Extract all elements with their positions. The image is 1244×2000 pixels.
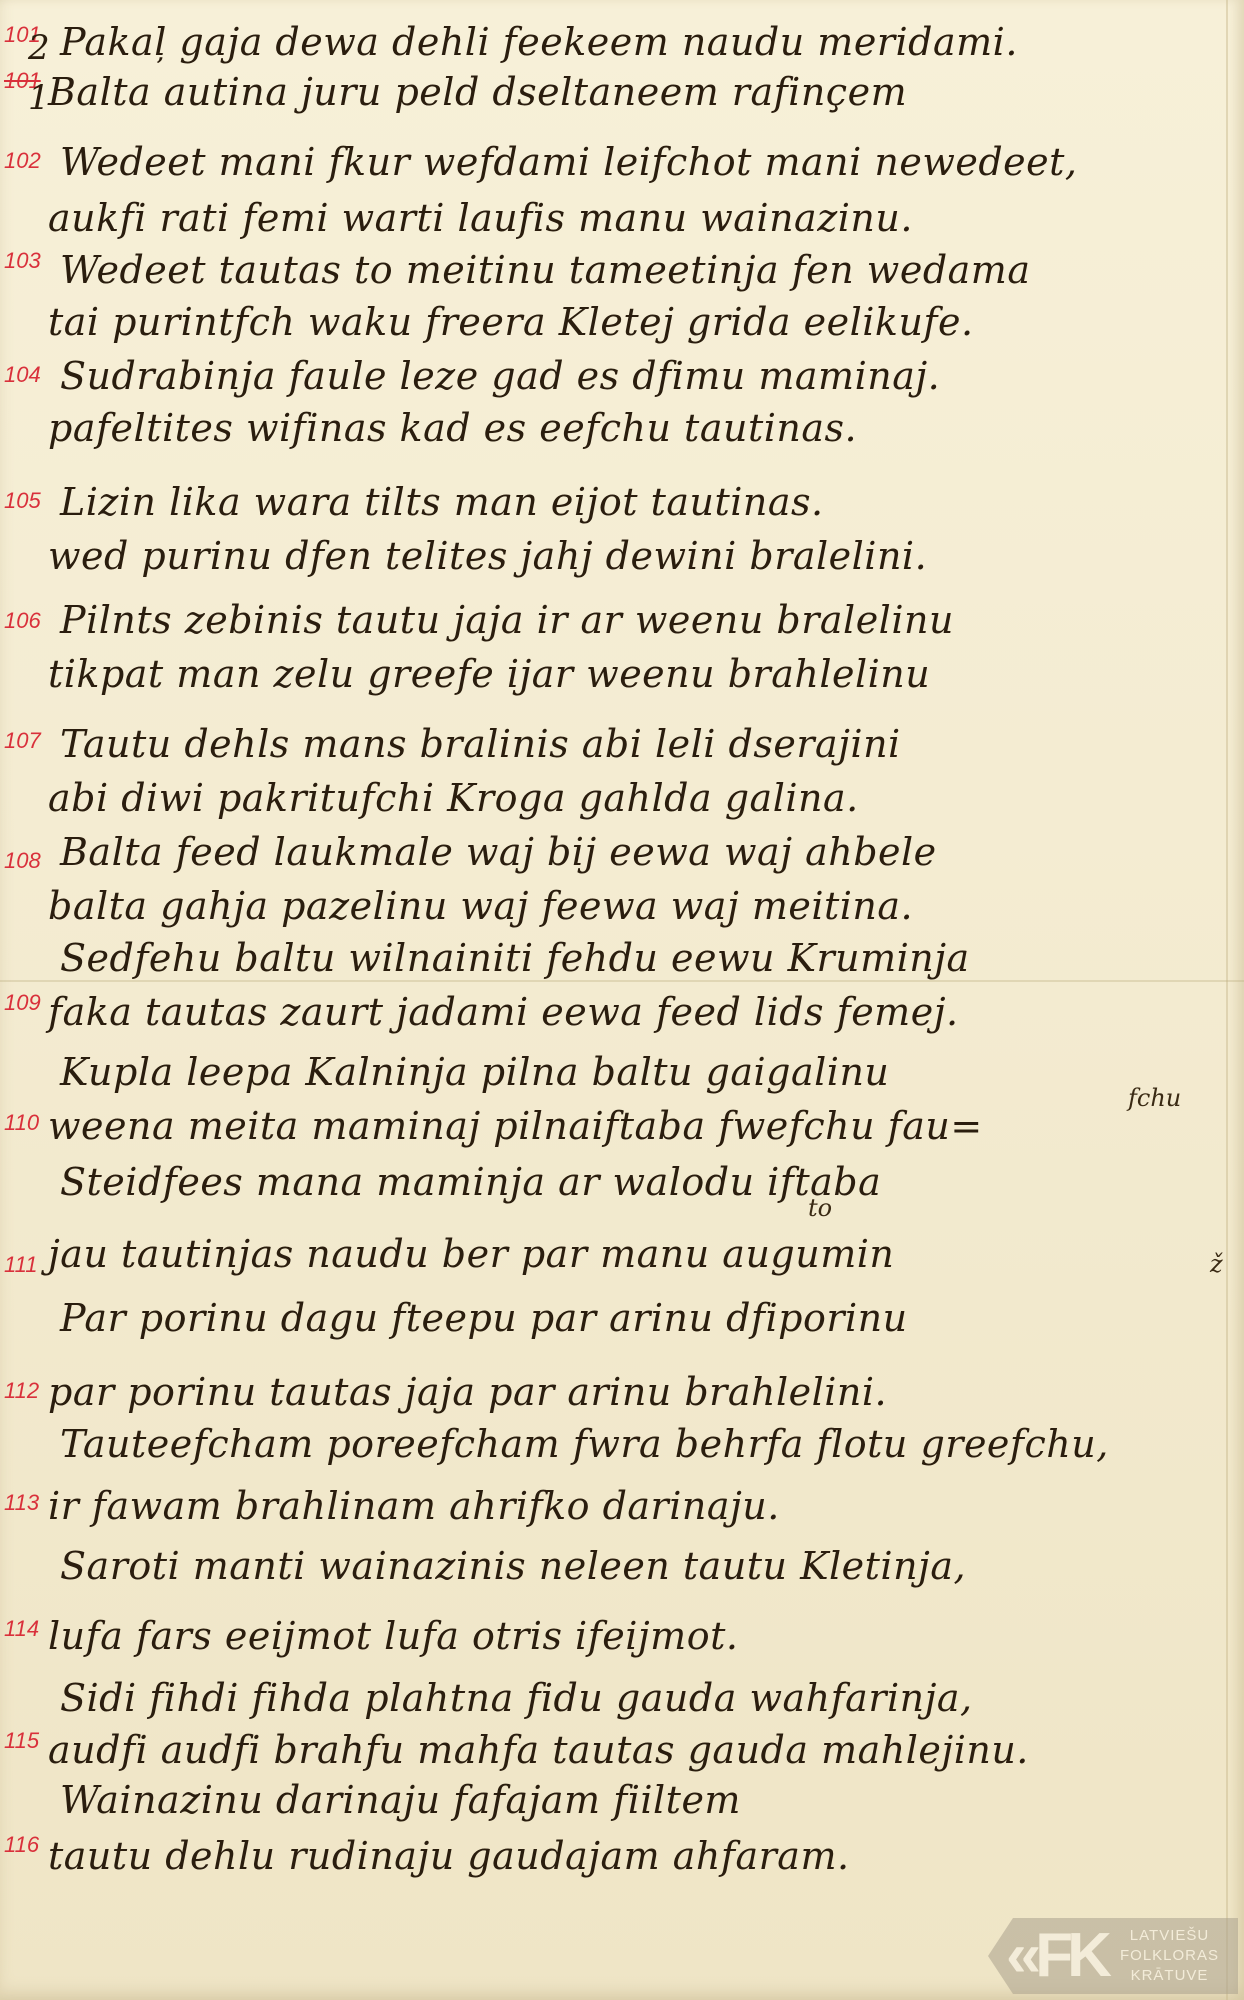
annotation: to bbox=[808, 1194, 832, 1222]
margin-number: 113 bbox=[4, 1490, 39, 1516]
text-line: Balta autina juru peld dseltaneem rafinç… bbox=[48, 70, 907, 114]
text-line: Wainazinu darinaju fafajam fiiltem bbox=[60, 1778, 741, 1822]
logo-text: LATVIEŠU FOLKLORAS KRĀTUVE bbox=[1120, 1926, 1219, 1986]
margin-number: 115 bbox=[4, 1728, 39, 1754]
text-line: tautu dehlu rudinaju gaudajam ahfaram. bbox=[48, 1834, 850, 1878]
margin-number: 111 bbox=[4, 1252, 37, 1278]
text-line: Saroti manti wainazinis neleen tautu Kle… bbox=[60, 1544, 966, 1588]
margin-number: 109 bbox=[4, 990, 41, 1016]
text-line: wed purinu dfen telites jahj dewini bral… bbox=[48, 534, 927, 578]
margin-number: 106 bbox=[4, 608, 41, 634]
text-line: pafeltites wifinas kad es eefchu tautina… bbox=[48, 406, 857, 450]
margin-number: 116 bbox=[4, 1832, 39, 1858]
lfk-logo-icon: ‹‹FK bbox=[1006, 1918, 1116, 1994]
text-line: ir fawam brahlinam ahrifko darinaju. bbox=[48, 1484, 780, 1528]
text-line: Sidi fihdi fihda plahtna fidu gauda wahf… bbox=[60, 1676, 973, 1720]
text-line: faka tautas zaurt jadami eewa feed lids … bbox=[48, 990, 959, 1034]
margin-number: 108 bbox=[4, 848, 41, 874]
text-line: Wedeet tautas to meitinu tameetinja fen … bbox=[60, 248, 1031, 292]
line-order-number: 1 bbox=[28, 78, 50, 118]
text-line: audfi audfi brahfu mahfa tautas gauda ma… bbox=[48, 1728, 1029, 1772]
text-line: tikpat man zelu greefe ijar weenu brahle… bbox=[48, 652, 930, 696]
paper-crease bbox=[0, 980, 1244, 982]
text-line: lufa fars eeijmot lufa otris ifeijmot. bbox=[48, 1614, 738, 1658]
margin-number: 104 bbox=[4, 362, 41, 388]
text-line: Sudrabinja faule leze gad es dfimu mamin… bbox=[60, 354, 940, 398]
text-line: Lizin lika wara tilts man eijot tautinas… bbox=[60, 480, 824, 524]
page-fold-edge bbox=[1226, 0, 1228, 2000]
text-line: Pakaļ gaja dewa dehli feekeem naudu meri… bbox=[60, 20, 1018, 64]
text-line: Sedfehu baltu wilnainiti fehdu eewu Krum… bbox=[60, 936, 970, 980]
annotation: ž bbox=[1210, 1250, 1223, 1278]
text-line: tai purintfch waku freera Kletej grida e… bbox=[48, 300, 974, 344]
manuscript-page: 1011011021031041051061071081091101111121… bbox=[0, 0, 1244, 2000]
annotation: fchu bbox=[1128, 1084, 1181, 1112]
text-line: par porinu tautas jaja par arinu brahlel… bbox=[48, 1370, 887, 1414]
text-line: abi diwi pakritufchi Kroga gahlda galina… bbox=[48, 776, 859, 820]
text-line: Wedeet mani fkur wefdami leifchot mani n… bbox=[60, 140, 1078, 184]
margin-number: 103 bbox=[4, 248, 41, 274]
text-line: Par porinu dagu fteepu par arinu dfipori… bbox=[60, 1296, 908, 1340]
margin-number: 110 bbox=[4, 1110, 39, 1136]
text-line: Steidfees mana maminja ar walodu iftaba bbox=[60, 1160, 881, 1204]
text-line: Kupla leepa Kalninja pilna baltu gaigali… bbox=[60, 1050, 889, 1094]
margin-number: 107 bbox=[4, 728, 41, 754]
margin-number: 102 bbox=[4, 148, 41, 174]
margin-number: 112 bbox=[4, 1378, 39, 1404]
text-line: Balta feed laukmale waj bij eewa waj ahb… bbox=[60, 830, 937, 874]
text-line: Tauteefcham poreefcham fwra behrfa flotu… bbox=[60, 1422, 1109, 1466]
margin-number: 114 bbox=[4, 1616, 39, 1642]
text-line: aukfi rati femi warti laufis manu wainaz… bbox=[48, 196, 913, 240]
archive-watermark-logo: ‹‹FK LATVIEŠU FOLKLORAS KRĀTUVE bbox=[988, 1918, 1238, 1994]
margin-number: 105 bbox=[4, 488, 41, 514]
text-line: Tautu dehls mans bralinis abi leli dsera… bbox=[60, 722, 901, 766]
text-line: Pilnts zebinis tautu jaja ir ar weenu br… bbox=[60, 598, 954, 642]
logo-line-3: KRĀTUVE bbox=[1131, 1966, 1209, 1986]
logo-line-1: LATVIEŠU bbox=[1130, 1926, 1209, 1946]
logo-line-2: FOLKLORAS bbox=[1120, 1946, 1219, 1966]
text-line: jau tautinjas naudu ber par manu augumin bbox=[48, 1232, 894, 1276]
text-line: balta gahja pazelinu waj feewa waj meiti… bbox=[48, 884, 913, 928]
text-line: weena meita maminaj pilnaiftaba fwefchu … bbox=[48, 1104, 983, 1148]
line-order-number: 2 bbox=[28, 28, 50, 68]
